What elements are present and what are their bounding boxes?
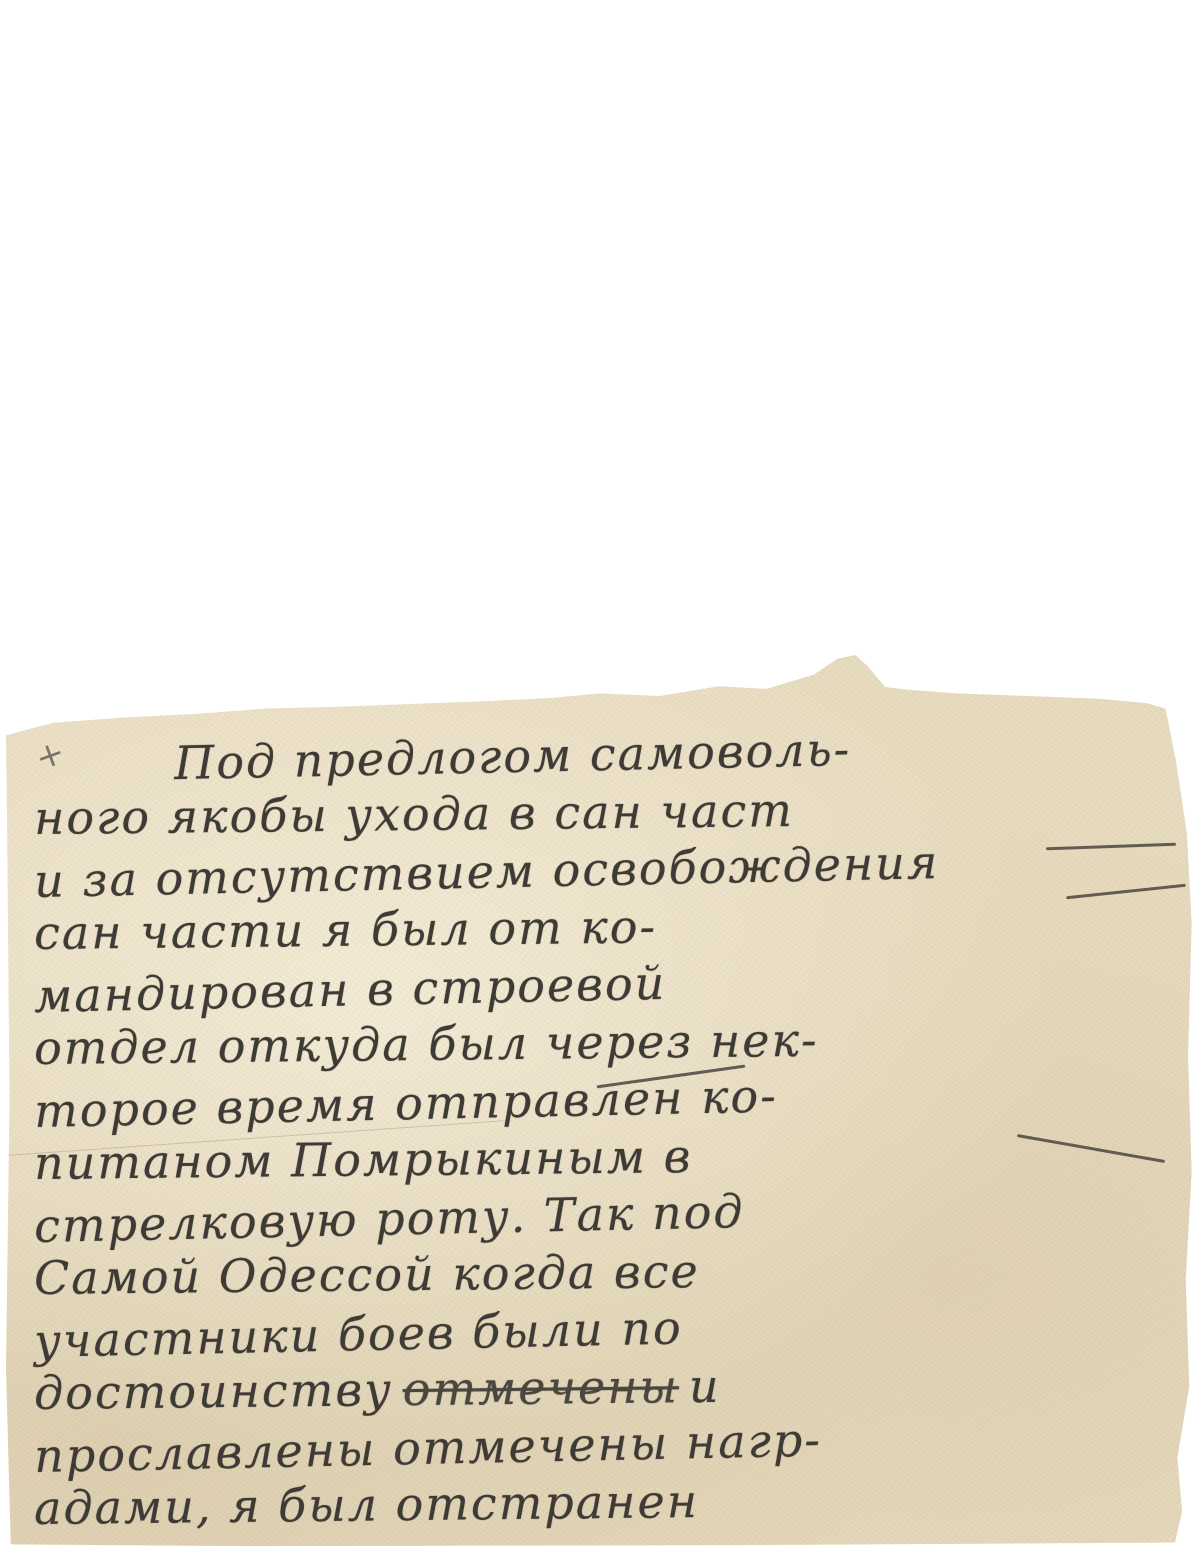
text-line-14: адами, я был отстранен [34,1464,1185,1534]
handwritten-text: Под предлогом самоволь- ного якобы ухода… [34,723,1184,1528]
scan-background: + Под предлогом самоволь- ного якобы ухо… [0,0,1202,1555]
torn-paper-note: + Под предлогом самоволь- ного якобы ухо… [6,655,1194,1547]
struck-through-word: отмечены [402,1358,679,1415]
